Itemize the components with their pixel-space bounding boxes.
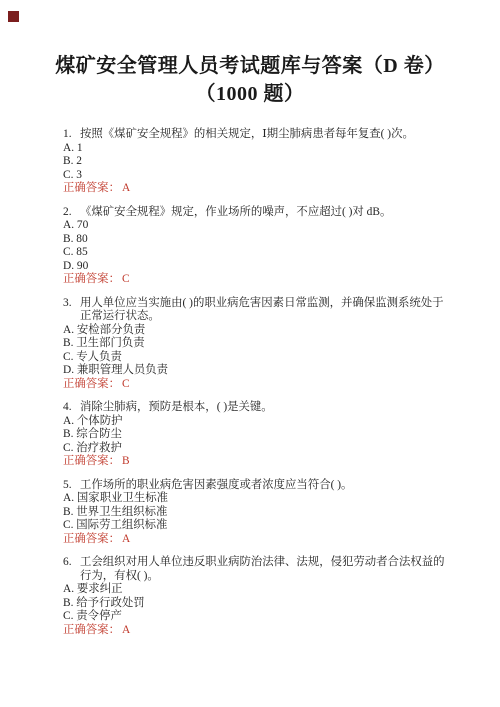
answer-line: 正确答案：C: [63, 273, 448, 287]
answer-letter: A: [120, 624, 130, 636]
question-block: 6.工会组织对用人单位违反职业病防治法律、法规，侵犯劳动者合法权益的行为，有权(…: [63, 556, 448, 637]
option: B. 综合防尘: [63, 428, 448, 442]
question-line: 4.消除尘肺病，预防是根本，( )是关键。: [63, 401, 448, 415]
option: C. 国际劳工组织标准: [63, 519, 448, 533]
option: A. 70: [63, 219, 448, 233]
question-block: 4.消除尘肺病，预防是根本，( )是关键。 A. 个体防护B. 综合防尘C. 治…: [63, 401, 448, 469]
answer-label: 正确答案：: [63, 378, 120, 390]
option: A. 安检部分负责: [63, 324, 448, 338]
answer-letter: A: [120, 533, 130, 545]
document-page: 煤矿安全管理人员考试题库与答案（D 卷） （1000 题） 1.按照《煤矿安全规…: [0, 0, 500, 707]
option: A. 1: [63, 142, 448, 156]
question-text: 用人单位应当实施由( )的职业病危害因素日常监测，并确保监测系统处于正常运行状态…: [80, 297, 444, 323]
option: B. 给予行政处罚: [63, 597, 448, 611]
question-text: 工作场所的职业病危害因素强度或者浓度应当符合( )。: [80, 479, 352, 491]
question-line: 1.按照《煤矿安全规程》的相关规定，Ⅰ期尘肺病患者每年复查( )次。: [63, 128, 448, 142]
option: C. 专人负责: [63, 351, 448, 365]
corner-marker: [8, 11, 19, 22]
option-list: A. 要求纠正B. 给予行政处罚C. 责令停产: [63, 583, 448, 624]
option: D. 90: [63, 260, 448, 274]
title-line-2: （1000 题）: [0, 80, 500, 108]
answer-letter: B: [120, 455, 130, 467]
question-block: 3.用人单位应当实施由( )的职业病危害因素日常监测，并确保监测系统处于正常运行…: [63, 297, 448, 392]
option: B. 卫生部门负责: [63, 337, 448, 351]
option: C. 3: [63, 169, 448, 183]
option: B. 80: [63, 233, 448, 247]
option-list: A. 个体防护B. 综合防尘C. 治疗救护: [63, 415, 448, 456]
option: C. 85: [63, 246, 448, 260]
option: A. 要求纠正: [63, 583, 448, 597]
question-line: 3.用人单位应当实施由( )的职业病危害因素日常监测，并确保监测系统处于正常运行…: [63, 297, 448, 324]
option-list: A. 70B. 80C. 85D. 90: [63, 219, 448, 273]
question-text: 消除尘肺病，预防是根本，( )是关键。: [80, 401, 273, 413]
answer-letter: C: [120, 273, 130, 285]
option-list: A. 1B. 2C. 3: [63, 142, 448, 183]
question-number: 3.: [63, 297, 80, 311]
question-line: 6.工会组织对用人单位违反职业病防治法律、法规，侵犯劳动者合法权益的行为，有权(…: [63, 556, 448, 583]
option: D. 兼职管理人员负责: [63, 364, 448, 378]
option-list: A. 安检部分负责B. 卫生部门负责C. 专人负责D. 兼职管理人员负责: [63, 324, 448, 378]
question-number: 4.: [63, 401, 80, 415]
question-block: 5.工作场所的职业病危害因素强度或者浓度应当符合( )。 A. 国家职业卫生标准…: [63, 479, 448, 547]
document-title: 煤矿安全管理人员考试题库与答案（D 卷） （1000 题）: [0, 0, 500, 108]
question-text: 工会组织对用人单位违反职业病防治法律、法规，侵犯劳动者合法权益的行为，有权( )…: [80, 556, 445, 582]
answer-label: 正确答案：: [63, 624, 120, 636]
option: A. 个体防护: [63, 415, 448, 429]
option-list: A. 国家职业卫生标准B. 世界卫生组织标准C. 国际劳工组织标准: [63, 492, 448, 533]
question-number: 6.: [63, 556, 80, 570]
option: A. 国家职业卫生标准: [63, 492, 448, 506]
question-number: 2.: [63, 206, 80, 220]
question-line: 5.工作场所的职业病危害因素强度或者浓度应当符合( )。: [63, 479, 448, 493]
question-text: 按照《煤矿安全规程》的相关规定，Ⅰ期尘肺病患者每年复查( )次。: [80, 128, 414, 140]
option: B. 世界卫生组织标准: [63, 506, 448, 520]
question-block: 2.《煤矿安全规程》规定，作业场所的噪声，不应超过( )对 dB。 A. 70B…: [63, 206, 448, 287]
answer-line: 正确答案：A: [63, 182, 448, 196]
question-line: 2.《煤矿安全规程》规定，作业场所的噪声，不应超过( )对 dB。: [63, 206, 448, 220]
answer-line: 正确答案：B: [63, 455, 448, 469]
answer-label: 正确答案：: [63, 273, 120, 285]
answer-label: 正确答案：: [63, 533, 120, 545]
answer-label: 正确答案：: [63, 455, 120, 467]
question-list: 1.按照《煤矿安全规程》的相关规定，Ⅰ期尘肺病患者每年复查( )次。 A. 1B…: [0, 128, 500, 637]
answer-line: 正确答案：A: [63, 624, 448, 638]
answer-letter: C: [120, 378, 130, 390]
answer-line: 正确答案：A: [63, 533, 448, 547]
question-block: 1.按照《煤矿安全规程》的相关规定，Ⅰ期尘肺病患者每年复查( )次。 A. 1B…: [63, 128, 448, 196]
answer-line: 正确答案：C: [63, 378, 448, 392]
question-text: 《煤矿安全规程》规定，作业场所的噪声，不应超过( )对 dB。: [80, 206, 391, 218]
option: B. 2: [63, 155, 448, 169]
answer-letter: A: [120, 182, 130, 194]
answer-label: 正确答案：: [63, 182, 120, 194]
title-line-1: 煤矿安全管理人员考试题库与答案（D 卷）: [0, 52, 500, 80]
option: C. 治疗救护: [63, 442, 448, 456]
question-number: 5.: [63, 479, 80, 493]
option: C. 责令停产: [63, 610, 448, 624]
question-number: 1.: [63, 128, 80, 142]
